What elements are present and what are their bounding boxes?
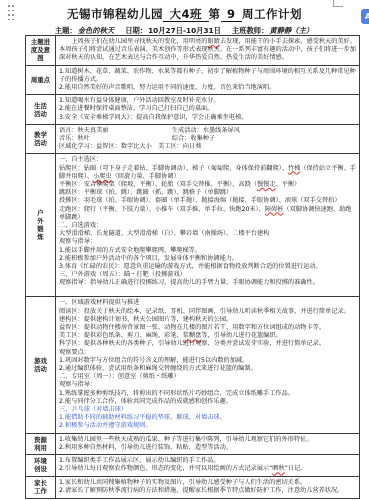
spellcheck-underline: 黄静静 [269, 26, 291, 35]
row-header: 教学 活动 [26, 125, 56, 154]
row-content: 1.知道树木、花草、蔬菜、农作物、水果等都有种子，初步了解植物种子与周围环境的相… [56, 66, 359, 95]
content-line: 2.请家长了解预防秋季流行病的方法和措施，提醒家长根据季节特点做好防护工作，注意… [59, 487, 356, 495]
spellcheck-underline: 小爬虫 [93, 173, 112, 180]
table-row-6: 游戏 活动一、区域游戏材料提供与推进阅读区：投放关于秋天的绘本、记录纸、耳机、同… [26, 297, 359, 433]
table-row-9: 家长 工作1.家长和幼儿共同搜集植物种子的实物及图片，引导幼儿感受种子与人们生活… [26, 477, 359, 499]
formatting-marks-icon [8, 5, 16, 23]
content-line: 1.收集幼儿园里一些秋天成熟的瓜果、种子等进行集中陈列，引导幼儿观察它们的外形特… [59, 436, 356, 444]
content-line: 语言：秋天真美丽生成活动：水墨线条屏风 [59, 127, 356, 135]
table-row-5: 户 外 锻 炼一、自主选区：钻爬区：钻圈（弯下身子走着钻、手脚协调动）、梯子（匍… [26, 154, 359, 297]
spellcheck-underline: 晒秋 [272, 465, 284, 472]
title-segment: 9 [221, 7, 243, 22]
row-content: 1.收集幼儿园里一些秋天成熟的瓜果、种子等进行集中陈列，引导幼儿观察它们的外形特… [56, 434, 359, 454]
title-segment: 无锡市锦程幼儿园 [67, 7, 163, 21]
content-line: 钻爬区：钻圈（弯下身子走着钻、手脚协调动）、梯子（匍匐爬、身体保持前翻爬）、竹梯… [59, 165, 356, 181]
document-title: 无锡市锦程幼儿园 大4班 第 9 周工作计划 [0, 0, 369, 22]
table-row-1: 主题进 度及意 图 上周孩子们在幼儿园里寻找秋天的变化，用明亮的眼睛去发现，用能… [26, 36, 359, 66]
content-line: 3.安全《安全乘梯学问大》：提高自我保护意识，学会正确乘坐电梯。 [59, 114, 356, 122]
row-header: 户 外 锻 炼 [26, 154, 56, 296]
content-line: 一、自主选区： [59, 156, 356, 164]
table-row-7: 资源 利用1.收集幼儿园里一些秋天成熟的瓜果、种子等进行集中陈列，引导幼儿观察它… [26, 434, 359, 455]
meta-label: 主题： [55, 26, 77, 35]
weekly-plan-table: 主题进 度及意 图 上周孩子们在幼儿园里寻找秋天的变化，用明亮的眼睛去发现，用能… [25, 35, 360, 499]
content-line: 1.巩固对数字与方位组合的符号含义的理解，能进行5以内数的加减。 [59, 357, 356, 365]
title-segment: 周工作计划 [242, 7, 302, 21]
spellcheck-underline: 浆糊盘 [183, 332, 202, 339]
spellcheck-underline: 眼睛 [208, 38, 220, 45]
content-col2: 综合：收集种子 [172, 135, 356, 143]
row-header: 资源 利用 [26, 434, 56, 454]
row-content: 1.家长和幼儿共同搜集植物种子的实物及图片，引导幼儿感受种子与人们生活的密切关系… [56, 477, 359, 498]
row-header: 游戏 活动 [26, 297, 56, 432]
row-content: 1.知道喝水有益身体健康，户外活动回教室及时补充水分。2.能在进餐时保持桌面整洁… [56, 95, 359, 124]
table-row-8: 环境 创设1.布置编织类手工作品展示区，展示幼儿编织的手工作品。2.引导幼儿每日… [26, 455, 359, 476]
floating-tool-button[interactable]: A [361, 9, 369, 24]
content-col1: 音乐：秋叶 [59, 135, 172, 143]
content-line: 大型滑滑梯、长龙隧道、大型滑滑梯（白）、攀岩墙（南操场）、二楼平台建构 [59, 230, 356, 238]
row-header: 周重点 [26, 66, 56, 95]
table-row-4: 教学 活动语言：秋天真美丽生成活动：水墨线条屏风音乐：秋叶综合：收集种子区域化学… [26, 125, 359, 155]
content-line: 1.熟练掌握多种剪纸技巧，将剪出的不同形状纸片巧妙组合，完成立体纸雕手工作品。 [59, 390, 356, 398]
title-segment: 大4班 [163, 7, 209, 22]
meta-label: 日期： [125, 26, 147, 35]
content-line: 观察与指导： [59, 381, 356, 389]
content-line: 2.积极参与活动并遵守游戏规则。 [59, 422, 356, 430]
content-line: 观察要点： [59, 349, 356, 357]
content-line: 观察与指导： [59, 238, 356, 246]
row-content: 一、区域游戏材料提供与推进阅读区：投放关于秋天的绘本、记录纸、耳机、同伴图画，引… [56, 297, 359, 432]
content-col1: 语言：秋天真美丽 [59, 127, 172, 135]
title-segment: 第 [209, 7, 221, 21]
content-line: 上周孩子们在幼儿园里寻找秋天的变化，用明亮的眼睛去发现，用能干的小手去探索，感受… [59, 38, 356, 63]
content-line: 区域化学习：益智区：数字比大小 美工区：向日葵 [59, 143, 356, 151]
table-row-2: 周重点1.知道树木、花草、蔬菜、农作物、水果等都有种子，初步了解植物种子与周围环… [26, 66, 359, 96]
content-line: 投掷区：羽毛球（拍、手眼协调）、套圈（单手抛）、抛接海绵（抛接、手眼协调）、滚球… [59, 197, 356, 205]
spellcheck-underline: 竹梯 [288, 165, 300, 172]
row-header: 主题进 度及意 图 [26, 36, 56, 65]
content-line: 2.能在进餐时保持桌面整洁，学习自己打扫自己的桌面。 [59, 105, 356, 113]
content-line: 阅读区：投放关于秋天的绘本、记录纸、耳机、同伴图画，引导幼儿听读秋季相关故事，并… [59, 308, 356, 316]
content-line: 2.引导幼儿每日观察农作物颜色、形态的变化，并可以用绘画的方式记录展示“晒秋”日… [59, 465, 356, 473]
row-header: 环境 创设 [26, 455, 56, 475]
row-content: 一、自主选区：钻爬区：钻圈（弯下身子走着钻、手脚协调动）、梯子（匍匐爬、身体保持… [56, 154, 359, 296]
row-header: 家长 工作 [26, 477, 56, 498]
meta-item: 主题：金色的秋天 [55, 26, 115, 35]
row-content: 上周孩子们在幼儿园里寻找秋天的变化，用明亮的眼睛去发现，用能干的小手去探索，感受… [56, 36, 359, 65]
content-line: 2.能用自然美好的声音歌唱，努力运用不同的速度、力度、音色来恰当地演唱。 [59, 84, 356, 92]
row-content: 语言：秋天真美丽生成活动：水墨线条屏风音乐：秋叶综合：收集种子区域化学习：益智区… [56, 125, 359, 154]
row-header: 生活 活动 [26, 95, 56, 124]
content-line: 观察指导：指导幼儿正确进行投掷练习，提高幼儿的手臂力量、手眼协调能力和投掷的准确… [59, 279, 356, 287]
spellcheck-underline: 慢慢走 [257, 181, 276, 188]
meta-item: 日期：10月27日-10月31日 [125, 26, 222, 35]
content-col2: 生成活动：水墨线条屏风 [172, 127, 356, 135]
content-line: 2.能积极参加户外活动中的各个项目，发展身体平衡和协调能力。 [59, 255, 356, 263]
spellcheck-underline: 障碍桩 [265, 206, 284, 213]
content-line: 2.能与同伴分工合作，体验共同完成作品的成就感和创作乐趣。 [59, 398, 356, 406]
meta-label: 主班教师： [232, 26, 268, 35]
content-line: 1.家长和幼儿共同搜集植物种子的实物及图片，引导幼儿感受种子与人们生活的密切关系… [59, 479, 356, 487]
table-row-3: 生活 活动1.知道喝水有益身体健康，户外活动回教室及时补充水分。2.能在进餐时保… [26, 95, 359, 125]
content-line: 音乐：秋叶综合：收集种子 [59, 135, 356, 143]
page-margin-mark-top-right [333, 0, 343, 7]
content-line: 科学区：提供各种秋天的各类种子，引导幼儿进行观察、分类并尝试发芽实验，并进行简单… [59, 340, 356, 348]
content-line: 建构区：提供建构计划书、秋天公园图片等，建构秋天的公园。 [59, 316, 356, 324]
content-line: 一、区域游戏材料提供与推进 [59, 299, 356, 307]
content-line: 走跑区：爬行（平衡、下肢力量）、小推车（双手推、单手拉、快跑20米）、障碍桩（双… [59, 206, 356, 222]
meta-item: 主班教师：黄静静（主） [232, 26, 314, 35]
row-content: 1.布置编织类手工作品展示区，展示幼儿编织的手工作品。2.引导幼儿每日观察农作物… [56, 455, 359, 475]
content-line: 1.知道树木、花草、蔬菜、农作物、水果等都有种子，初步了解植物种子与周围环境的相… [59, 68, 356, 84]
content-line: 1.能以手脚并用的方式安全地爬攀爬网、攀爬梯等。 [59, 247, 356, 255]
content-line: 二、专用室（周一）：创意室（剪纸・纸雕） [59, 373, 356, 381]
content-line: 2.利用多种自然材料，引导幼儿进行装饰、粘贴、造型等活动。 [59, 444, 356, 452]
